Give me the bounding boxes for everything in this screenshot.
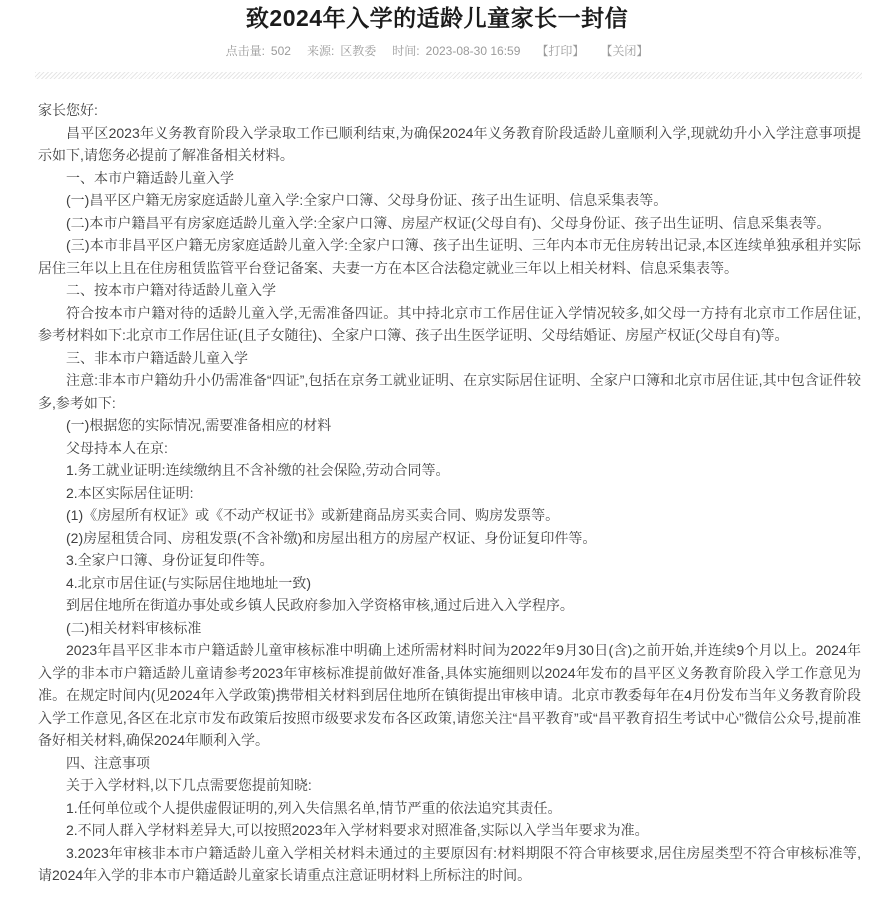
paragraph: 2.本区实际居住证明: [38,482,861,505]
paragraph: (一)昌平区户籍无房家庭适龄儿童入学:全家户口簿、父母身份证、孩子出生证明、信息… [38,189,861,212]
document-header: 致2024年入学的适龄儿童家长一封信 点击量: 502 来源: 区教委 时间: … [0,0,874,59]
paragraph: (二)相关材料审核标准 [38,617,861,640]
hatched-divider [35,72,862,79]
paragraph: 2023年昌平区非本市户籍适龄儿童审核标准中明确上述所需材料时间为2022年9月… [38,639,861,752]
paragraph: 1.任何单位或个人提供虚假证明的,列入失信黑名单,情节严重的依法追究其责任。 [38,797,861,820]
greeting-paragraph: 家长您好: [38,99,861,122]
hit-count-label: 点击量: [226,43,265,59]
paragraph: 符合按本市户籍对待的适龄儿童入学,无需准备四证。其中持北京市工作居住证入学情况较… [38,302,861,347]
paragraph: 关于入学材料,以下几点需要您提前知晓: [38,774,861,797]
paragraph: 到居住地所在街道办事处或乡镇人民政府参加入学资格审核,通过后进入入学程序。 [38,594,861,617]
paragraph: 昌平区2023年义务教育阶段入学录取工作已顺利结束,为确保2024年义务教育阶段… [38,122,861,167]
section-heading-1: 一、本市户籍适龄儿童入学 [38,167,861,190]
paragraph: (二)本市户籍昌平有房家庭适龄儿童入学:全家户口簿、房屋产权证(父母自有)、父母… [38,212,861,235]
paragraph: (1)《房屋所有权证》或《不动产权证书》或新建商品房买卖合同、购房发票等。 [38,504,861,527]
timestamp-label: 时间: [392,43,419,59]
hit-count: 点击量: 502 [226,43,291,59]
paragraph: (三)本市非昌平区户籍无房家庭适龄儿童入学:全家户口簿、孩子出生证明、三年内本市… [38,234,861,279]
paragraph: 4.北京市居住证(与实际居住地地址一致) [38,572,861,595]
article-body: 家长您好: 昌平区2023年义务教育阶段入学录取工作已顺利结束,为确保2024年… [38,99,861,887]
source-label: 来源: [307,43,334,59]
paragraph: 注意:非本市户籍幼升小仍需准备“四证”,包括在京务工就业证明、在京实际居住证明、… [38,369,861,414]
paragraph: (2)房屋租赁合同、房租发票(不含补缴)和房屋出租方的房屋产权证、身份证复印件等… [38,527,861,550]
timestamp-value: 2023-08-30 16:59 [426,43,521,59]
source: 来源: 区教委 [307,43,376,59]
meta-bar: 点击量: 502 来源: 区教委 时间: 2023-08-30 16:59 【打… [0,43,874,59]
paragraph: 3.2023年审核非本市户籍适龄儿童入学相关材料未通过的主要原因有:材料期限不符… [38,842,861,887]
paragraph: 2.不同人群入学材料差异大,可以按照2023年入学材料要求对照准备,实际以入学当… [38,819,861,842]
source-value: 区教委 [340,43,376,59]
paragraph: 父母持本人在京: [38,437,861,460]
section-heading-4: 四、注意事项 [38,752,861,775]
paragraph: (一)根据您的实际情况,需要准备相应的材料 [38,414,861,437]
print-button[interactable]: 【打印】 [536,43,584,59]
section-heading-3: 三、非本市户籍适龄儿童入学 [38,347,861,370]
close-button[interactable]: 【关闭】 [600,43,648,59]
timestamp: 时间: 2023-08-30 16:59 [392,43,520,59]
paragraph: 3.全家户口簿、身份证复印件等。 [38,549,861,572]
paragraph: 1.务工就业证明:连续缴纳且不含补缴的社会保险,劳动合同等。 [38,459,861,482]
section-heading-2: 二、按本市户籍对待适龄儿童入学 [38,279,861,302]
hit-count-value: 502 [271,43,291,59]
page-title: 致2024年入学的适龄儿童家长一封信 [0,3,874,33]
